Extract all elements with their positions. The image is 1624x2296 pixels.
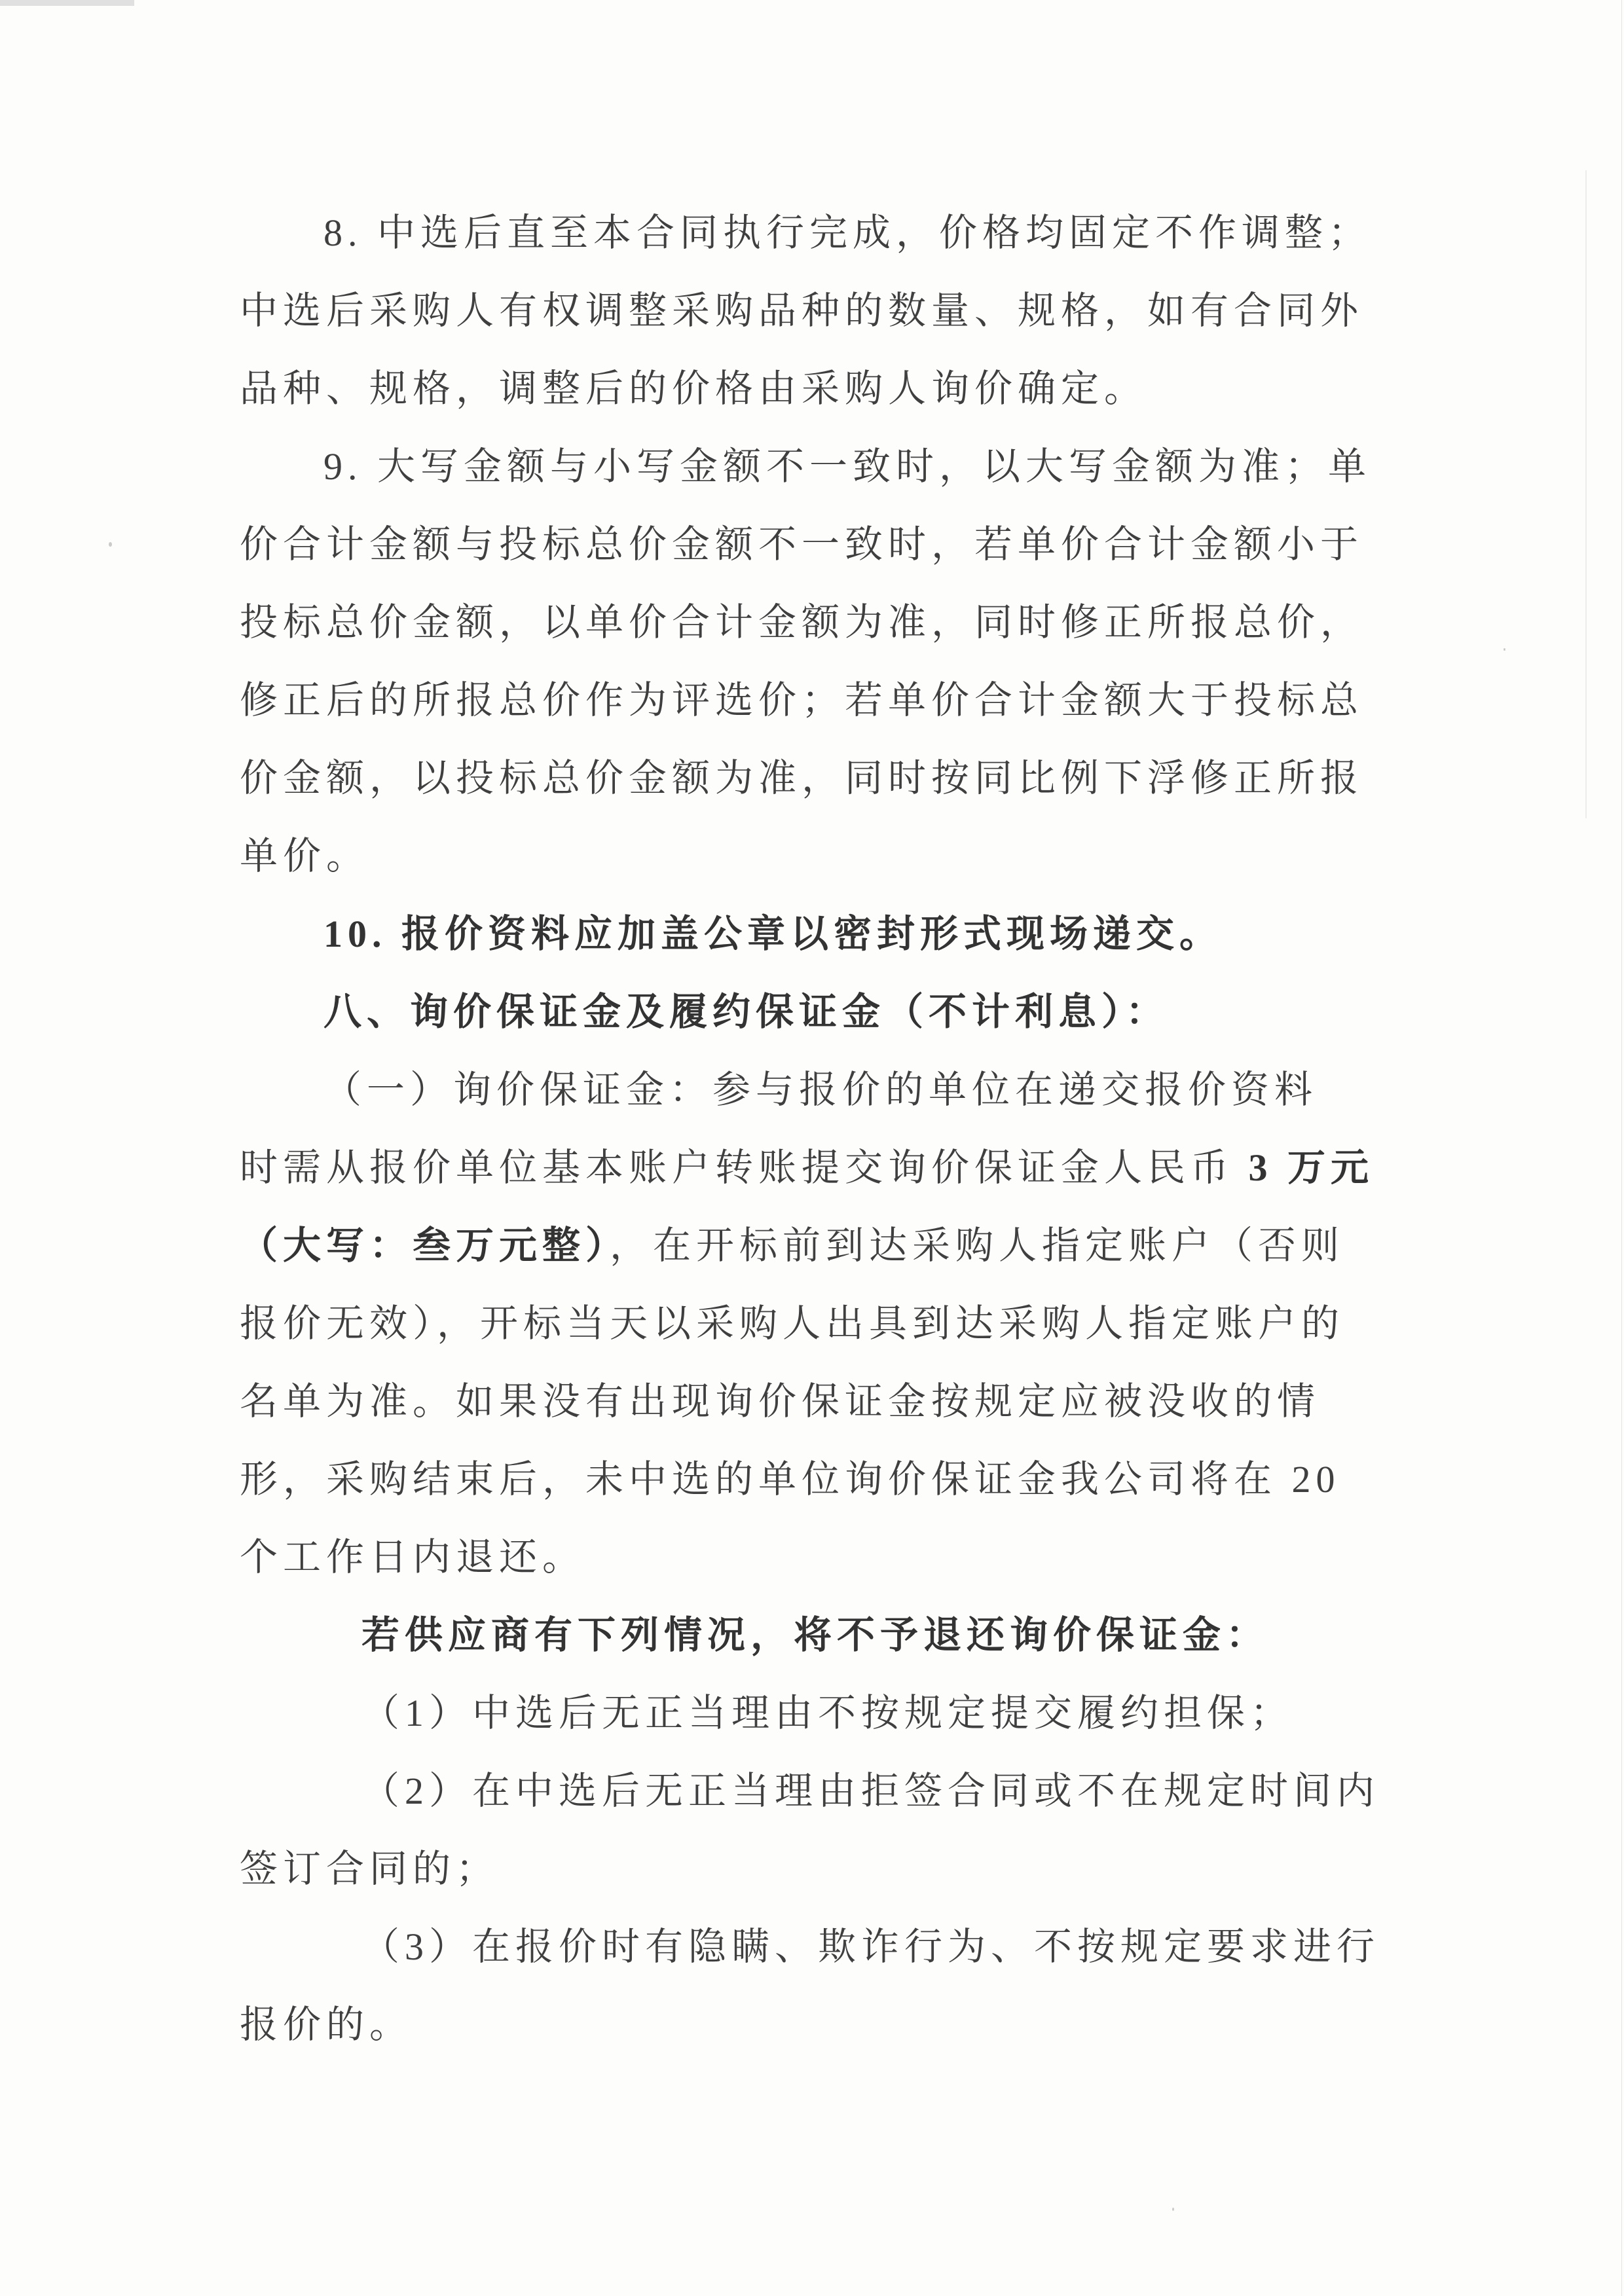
text-segment: ，在开标前到达采购人指定账户（否则 [610,1224,1344,1267]
text-line: 价合计金额与投标总价金额不一致时，若单价合计金额小于 [240,505,1405,583]
text-line-item-1: （1）中选后无正当理由不按规定提交履约担保； [240,1674,1405,1752]
section-heading-8: 八、询价保证金及履约保证金（不计利息）： [240,973,1405,1051]
scan-edge-line [1621,0,1622,2296]
text-line: 报价的。 [240,1986,1405,2064]
text-line-clause-10: 10. 报价资料应加盖公章以密封形式现场递交。 [240,895,1405,973]
text-line: （大写：叁万元整），在开标前到达采购人指定账户（否则 [240,1207,1405,1285]
text-line: 名单为准。如果没有出现询价保证金按规定应被没收的情 [240,1362,1405,1440]
text-line-subsection-1: （一）询价保证金：参与报价的单位在递交报价资料 [240,1051,1405,1129]
scan-band-artifact [1585,170,1587,818]
text-segment-amount-words: （大写：叁万元整） [240,1224,610,1267]
text-line: 投标总价金额，以单价合计金额为准，同时修正所报总价， [240,583,1405,661]
text-line: 品种、规格，调整后的价格由采购人询价确定。 [240,350,1405,428]
text-line: 签订合同的； [240,1830,1405,1908]
text-line-item-2: （2）在中选后无正当理由拒签合同或不在规定时间内 [240,1752,1405,1830]
text-line: 时需从报价单位基本账户转账提交询价保证金人民币 3 万元 [240,1129,1405,1207]
text-line: 形，采购结束后，未中选的单位询价保证金我公司将在 20 [240,1440,1405,1518]
page-text: 8. 中选后直至本合同执行完成，价格均固定不作调整； 中选后采购人有权调整采购品… [240,194,1405,2064]
text-line-clause-9: 9. 大写金额与小写金额不一致时，以大写金额为准；单 [240,428,1405,505]
document-page: 8. 中选后直至本合同执行完成，价格均固定不作调整； 中选后采购人有权调整采购品… [0,0,1624,2296]
text-line-clause-8: 8. 中选后直至本合同执行完成，价格均固定不作调整； [240,194,1405,272]
scan-speck [109,542,112,547]
scan-speck [1504,648,1505,651]
text-line: 单价。 [240,817,1405,895]
text-segment: 时需从报价单位基本账户转账提交询价保证金人民币 [240,1146,1234,1189]
text-segment-amount: 3 万元 [1234,1146,1374,1189]
text-line-forfeit-heading: 若供应商有下列情况，将不予退还询价保证金： [240,1596,1405,1674]
text-line-item-3: （3）在报价时有隐瞒、欺诈行为、不按规定要求进行 [240,1908,1405,1986]
text-line: 报价无效），开标当天以采购人出具到达采购人指定账户的 [240,1285,1405,1362]
text-line: 个工作日内退还。 [240,1518,1405,1596]
text-line: 价金额，以投标总价金额为准，同时按同比例下浮修正所报 [240,739,1405,817]
scan-speck [1172,2208,1174,2211]
scan-smudge [0,0,134,6]
text-line: 中选后采购人有权调整采购品种的数量、规格，如有合同外 [240,272,1405,350]
text-line: 修正后的所报总价作为评选价；若单价合计金额大于投标总 [240,661,1405,739]
